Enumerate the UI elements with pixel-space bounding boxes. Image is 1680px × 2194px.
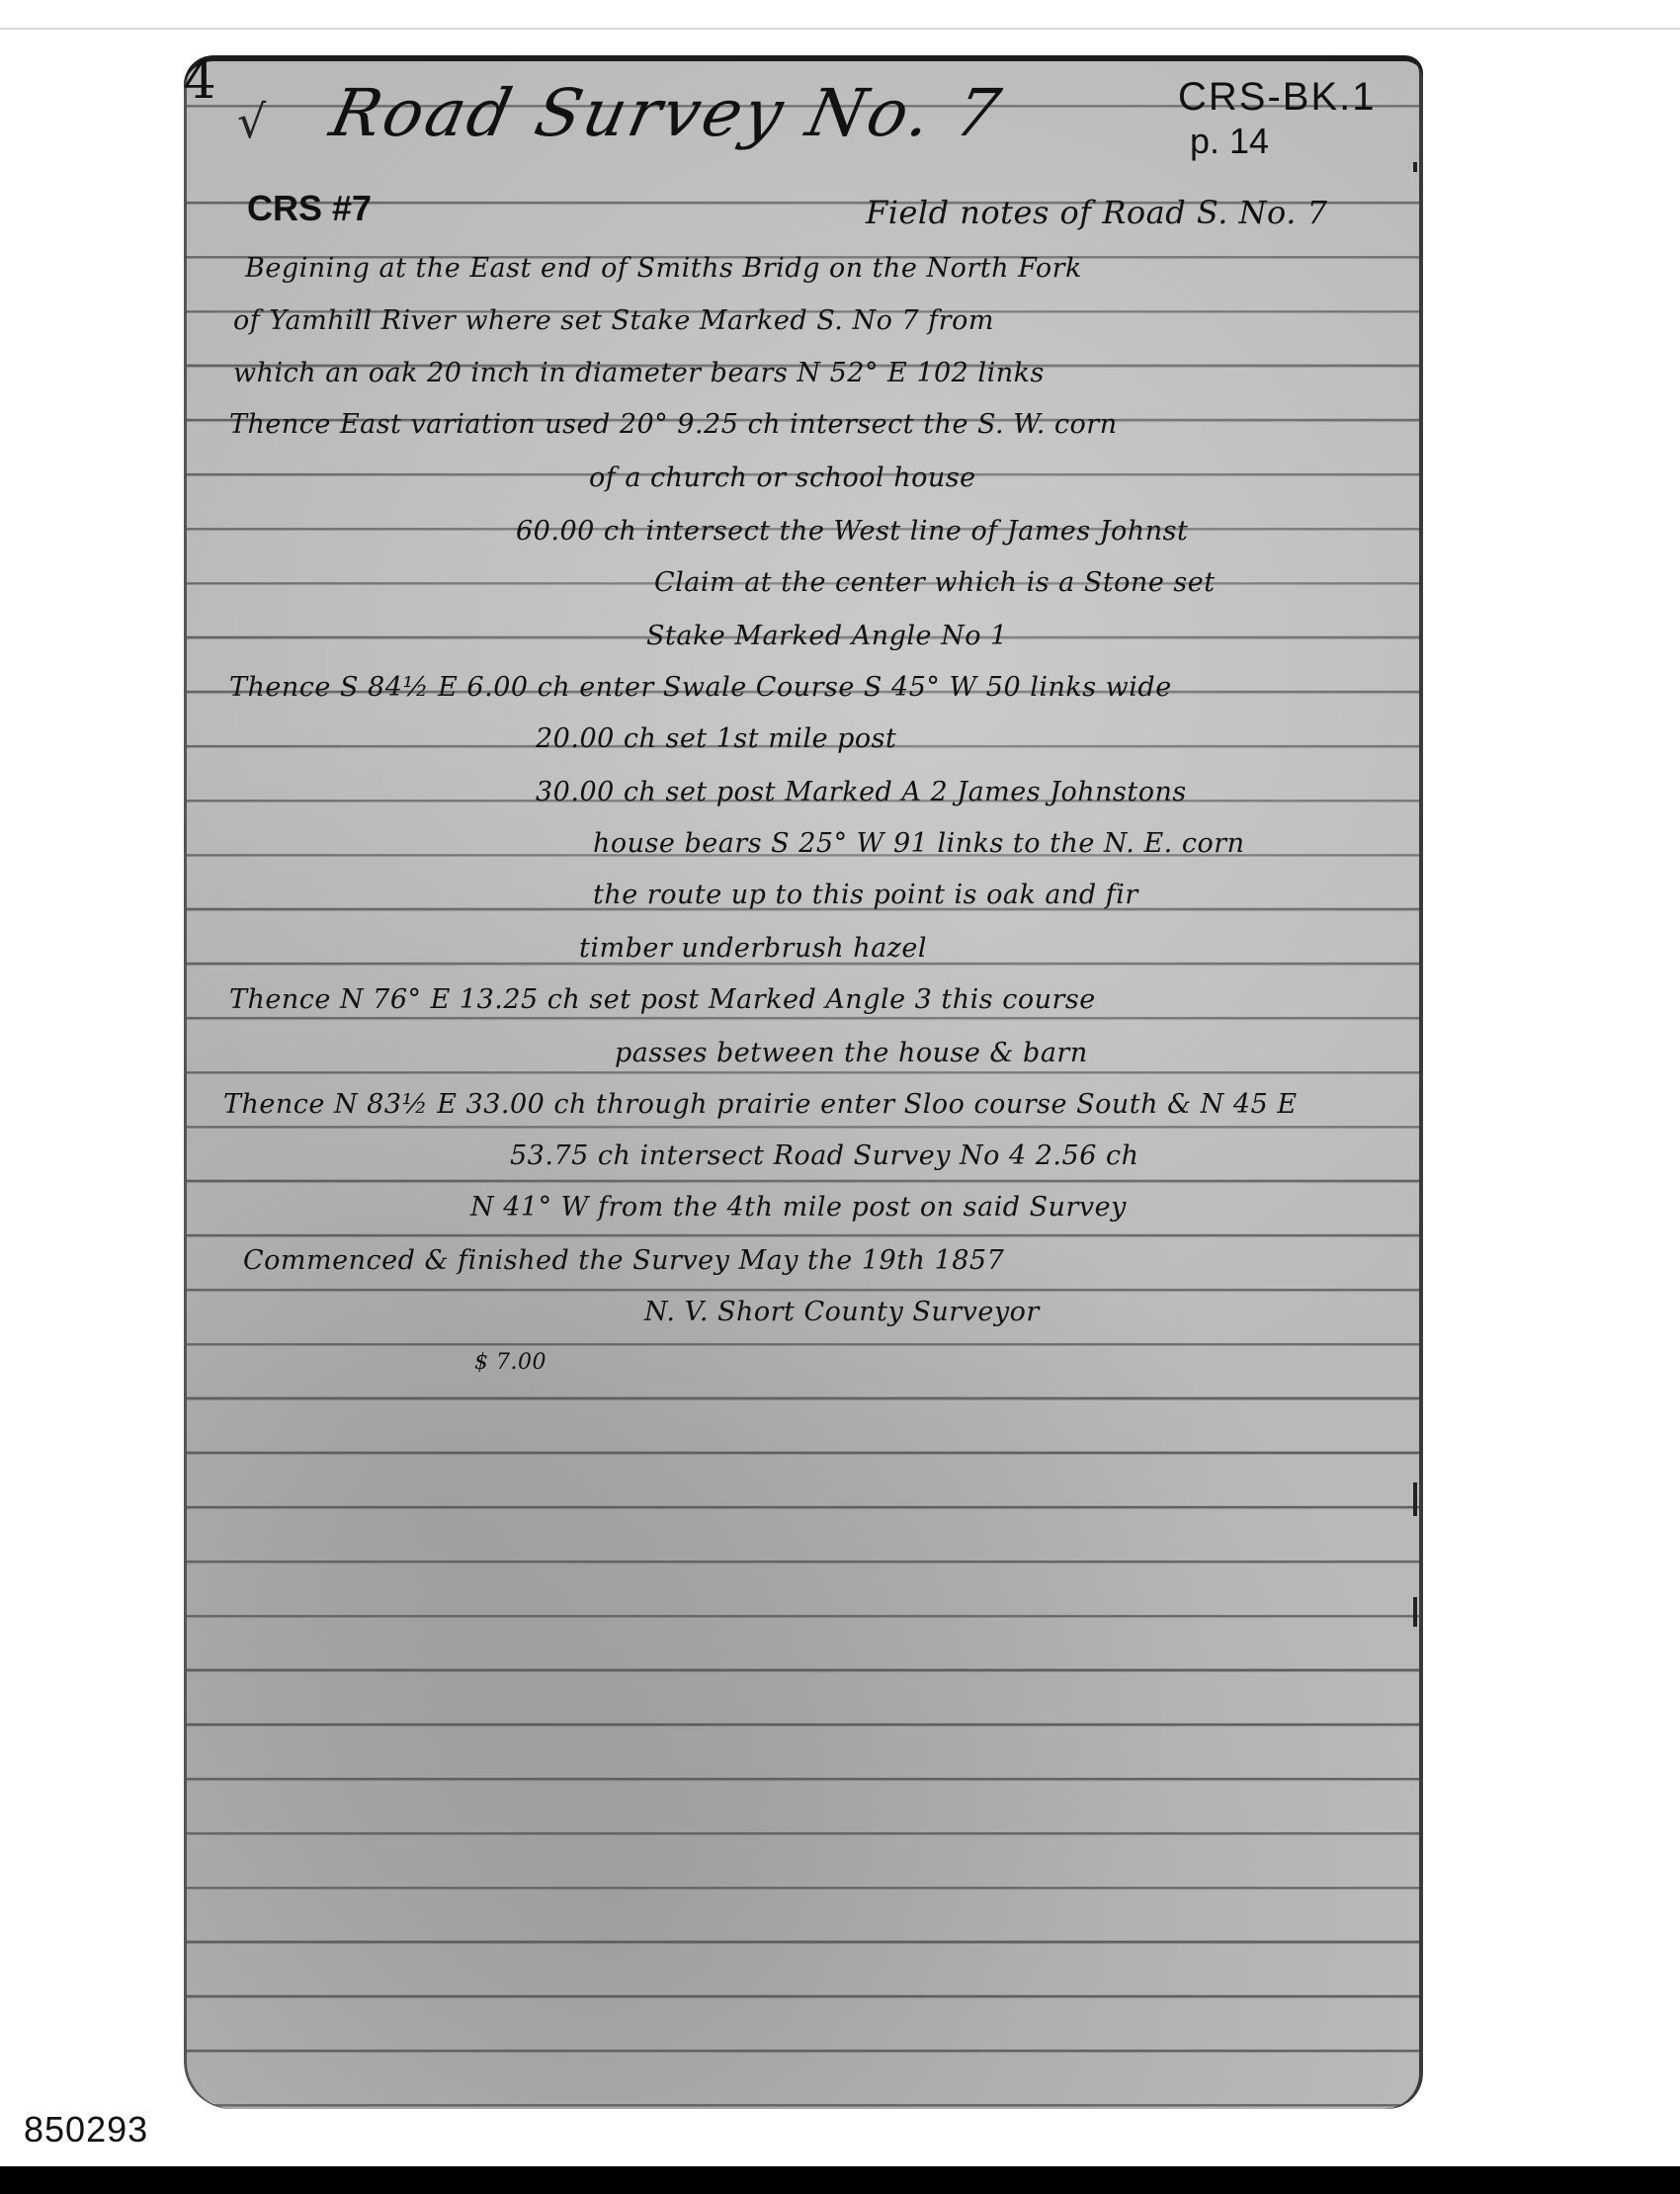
note-line: Claim at the center which is a Stone set xyxy=(654,567,1216,598)
page-edge-mark xyxy=(1413,162,1417,172)
page-number-pencil: 14 xyxy=(184,55,216,111)
book-reference: CRS-BK.1 xyxy=(1178,75,1377,120)
note-line: timber underbrush hazel xyxy=(579,933,927,964)
surveyor-signature: N. V. Short County Surveyor xyxy=(644,1297,1040,1327)
note-line: 20.00 ch set 1st mile post xyxy=(536,723,896,754)
note-line: Commenced & finished the Survey May the … xyxy=(243,1245,1004,1276)
page-title: Road Survey No. 7 xyxy=(324,75,1010,151)
note-line: Thence S 84½ E 6.00 ch enter Swale Cours… xyxy=(229,672,1172,703)
note-line: the route up to this point is oak and fi… xyxy=(593,880,1138,910)
book-page-reference: p. 14 xyxy=(1190,121,1269,162)
note-line: 53.75 ch intersect Road Survey No 4 2.56… xyxy=(510,1140,1138,1171)
note-line: N 41° W from the 4th mile post on said S… xyxy=(470,1192,1127,1223)
note-line: of a church or school house xyxy=(589,463,976,493)
note-line: Stake Marked Angle No 1 xyxy=(646,621,1008,651)
page-edge-mark xyxy=(1413,1597,1417,1627)
note-line: which an oak 20 inch in diameter bears N… xyxy=(233,358,1045,388)
note-line: Thence N 76° E 13.25 ch set post Marked … xyxy=(229,984,1096,1015)
note-line: house bears S 25° W 91 links to the N. E… xyxy=(593,828,1245,859)
ledger-page: 14 √ Road Survey No. 7 CRS #7 CRS-BK.1 p… xyxy=(184,55,1423,2109)
archive-number: 850293 xyxy=(24,2109,148,2151)
note-line: Thence N 83½ E 33.00 ch through prairie … xyxy=(223,1089,1298,1120)
check-mark-icon: √ xyxy=(237,95,266,148)
note-line: Thence East variation used 20° 9.25 ch i… xyxy=(229,409,1118,440)
scan-bottom-border xyxy=(0,2166,1680,2194)
page-edge-mark xyxy=(1413,1482,1417,1516)
crs-label: CRS #7 xyxy=(247,188,372,229)
note-line: 30.00 ch set post Marked A 2 James Johns… xyxy=(536,777,1187,807)
note-line: passes between the house & barn xyxy=(615,1038,1088,1068)
scan-top-rule xyxy=(0,28,1680,30)
subtitle: Field notes of Road S. No. 7 xyxy=(866,194,1327,231)
note-line: of Yamhill River where set Stake Marked … xyxy=(233,305,994,336)
note-line: Begining at the East end of Smiths Bridg… xyxy=(245,253,1082,284)
fee-note: $ 7.00 xyxy=(474,1350,546,1375)
note-line: 60.00 ch intersect the West line of Jame… xyxy=(516,516,1188,547)
